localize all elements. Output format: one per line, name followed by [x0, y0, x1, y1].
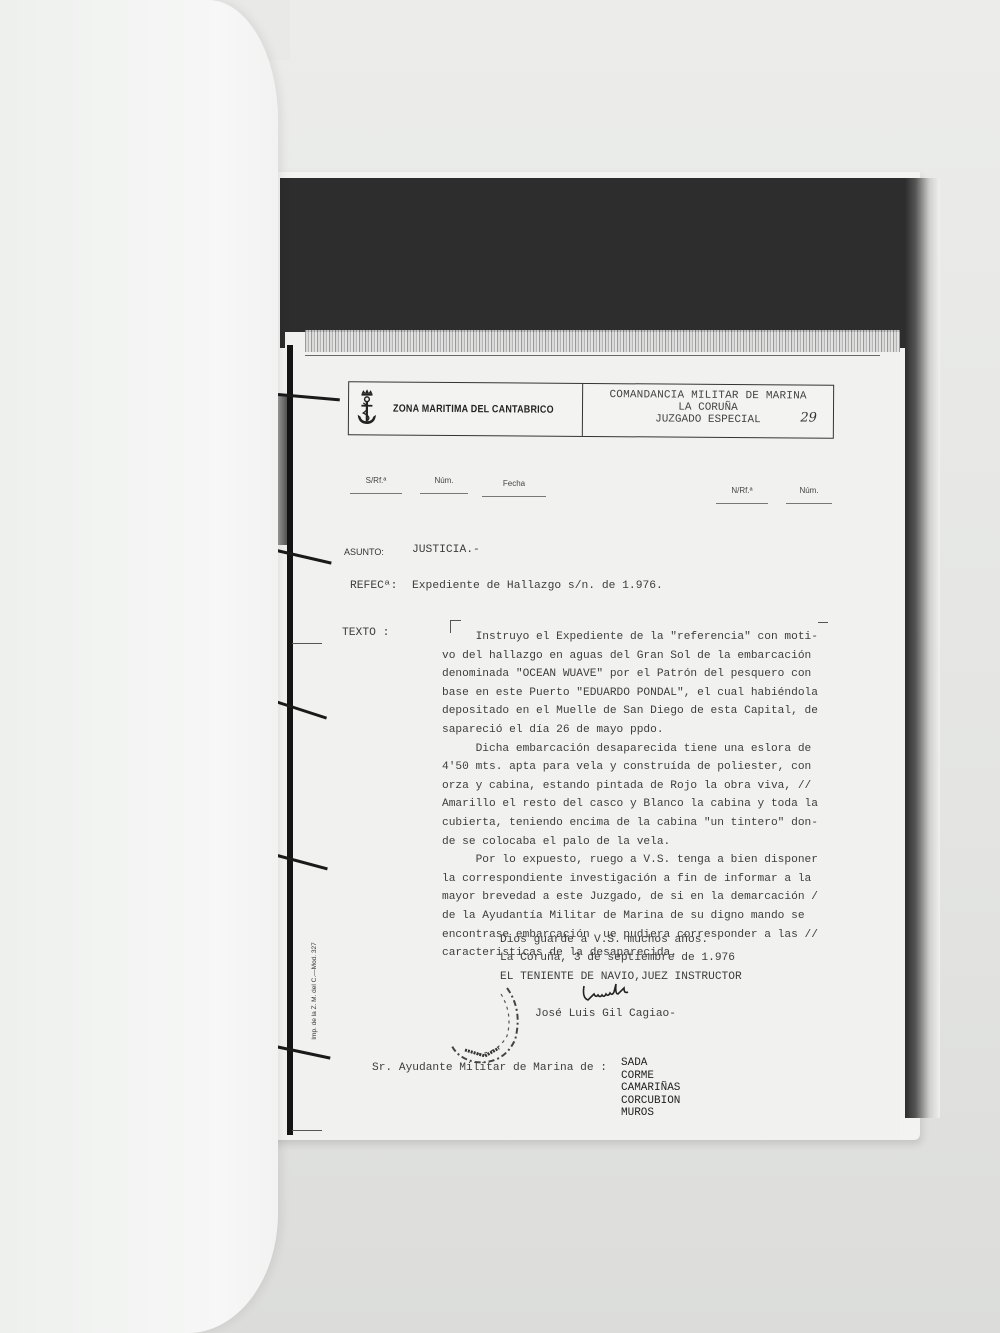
num-field-1: Núm. [420, 476, 468, 494]
body-line: mayor brevedad a este Juzgado, de si en … [442, 888, 842, 907]
handwritten-signature [580, 982, 660, 1006]
body-line: Amarillo el resto del casco y Blanco la … [442, 795, 842, 814]
place-date: La Coruña, 3 de septiembre de 1.976 [500, 949, 742, 967]
crowned-anchor-icon [355, 387, 379, 429]
asunto-value: JUSTICIA.- [412, 544, 480, 556]
body-line: de se colocaba el palo de la vela. [442, 833, 842, 852]
body-line: sapareció el día 26 de mayo ppdo. [442, 721, 842, 740]
asunto-label: ASUNTO: [344, 547, 384, 557]
body-line: vo del hallazgo en aguas del Gran Sol de… [442, 647, 842, 666]
destination-item: SADA [621, 1057, 680, 1070]
official-stamp [445, 980, 535, 1070]
destination-item: MUROS [621, 1107, 680, 1120]
torn-edge [305, 330, 900, 352]
body-line: Por lo expuesto, ruego a V.S. tenga a bi… [442, 851, 842, 870]
destination-list: SADA CORME CAMARIÑAS CORCUBION MUROS [621, 1057, 680, 1120]
command-name: COMANDANCIA MILITAR DE MARINA [583, 389, 833, 403]
body-line: cubierta, teniendo encima de la cabina "… [442, 814, 842, 833]
dark-photo-edge [905, 178, 940, 1118]
destination-item: CORME [621, 1070, 680, 1083]
body-line: Instruyo el Expediente de la "referencia… [442, 628, 842, 647]
binding-rail [287, 345, 293, 1135]
addressee: Sr. Ayudante Militar de Marina de : [372, 1062, 607, 1074]
n-ref-field: N/Rf.ª [716, 486, 768, 504]
body-line: denominada "OCEAN WUAVE" por el Patrón d… [442, 665, 842, 684]
divider [292, 1130, 322, 1131]
dark-photo-band [280, 178, 940, 348]
divider [292, 643, 322, 644]
closing-greeting: Dios guarde a V.S. muchos años. [500, 931, 742, 949]
body-line: depositado en el Muelle de San Diego de … [442, 702, 842, 721]
letterhead-left: ZONA MARITIMA DEL CANTABRICO [349, 382, 583, 436]
referencia-value: Expediente de Hallazgo s/n. de 1.976. [412, 580, 663, 592]
vertical-imprint: Imp. de la Z. M. del C.—Mod. 327 [311, 936, 323, 1046]
body-line: 4'50 mts. apta para vela y construída de… [442, 758, 842, 777]
divider [305, 355, 880, 356]
body-line: la correspondiente investigación a fin d… [442, 870, 842, 889]
body-line: de la Ayudantía Militar de Marina de su … [442, 907, 842, 926]
folio-number: 29 [800, 412, 817, 424]
body-line: base en este Puerto "EDUARDO PONDAL", el… [442, 684, 842, 703]
letterhead-right: COMANDANCIA MILITAR DE MARINA LA CORUÑA … [583, 384, 833, 438]
referencia-label: REFECª: [350, 580, 397, 592]
destination-item: CAMARIÑAS [621, 1082, 680, 1095]
signer-name: José Luis Gil Cagiao- [535, 1008, 676, 1020]
left-page [0, 0, 278, 1333]
s-ref-field: S/Rf.ª [350, 476, 402, 494]
bracket-mark [818, 622, 828, 623]
texto-label: TEXTO : [342, 627, 389, 639]
closing-block: Dios guarde a V.S. muchos años. La Coruñ… [500, 931, 742, 986]
letter-body: Instruyo el Expediente de la "referencia… [442, 628, 842, 963]
court-name: JUZGADO ESPECIAL [583, 413, 833, 427]
destination-item: CORCUBION [621, 1095, 680, 1108]
body-line: Dicha embarcación desaparecida tiene una… [442, 740, 842, 759]
zone-title: ZONA MARITIMA DEL CANTABRICO [393, 403, 554, 416]
fecha-field: Fecha [482, 479, 546, 497]
num-field-2: Núm. [786, 486, 832, 504]
body-line: orza y cabina, estando pintada de Rojo l… [442, 777, 842, 796]
letterhead: ZONA MARITIMA DEL CANTABRICO COMANDANCIA… [348, 381, 834, 438]
